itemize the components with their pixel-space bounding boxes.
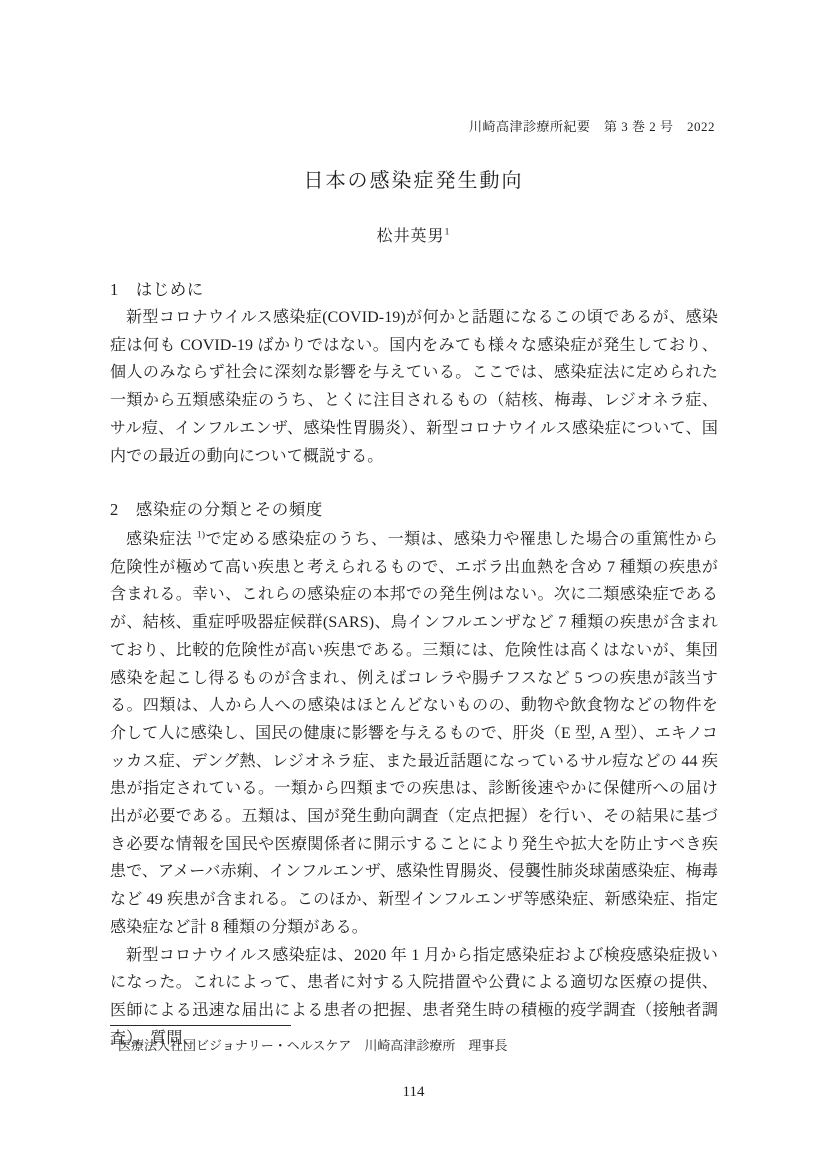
section-heading-1: 1 はじめに: [110, 276, 718, 304]
section-2-body: 感染症法 1)で定める感染症のうち、一類は、感染力や罹患した場合の重篤性から危険…: [110, 526, 718, 1052]
paragraph-text-prefix: 感染症法: [126, 531, 197, 548]
footnote-marker: 1: [110, 1038, 114, 1047]
author-footnote-marker: 1: [445, 227, 451, 238]
footnote-divider: [110, 1025, 291, 1026]
paragraph-text-rest: で定める感染症のうち、一類は、感染力や罹患した場合の重篤性から危険性が極めて高い…: [110, 531, 718, 936]
paper-page: 川崎高津診療所紀要 第 3 巻 2 号 2022 日本の感染症発生動向 松井英男…: [0, 0, 827, 1170]
section-heading-2: 2 感染症の分類とその頻度: [110, 496, 718, 524]
page-number: 114: [0, 1082, 827, 1102]
section-1-body: 新型コロナウイルス感染症(COVID-19)が何かと話題になるこの頃であるが、感…: [110, 304, 718, 470]
footnote: 1医療法人社団ビジョナリー・ヘルスケア 川崎高津診療所 理事長: [110, 1037, 750, 1055]
paragraph: 新型コロナウイルス感染症は、2020 年 1 月から指定感染症および検疫感染症扱…: [110, 942, 718, 1053]
footnote-text: 医療法人社団ビジョナリー・ヘルスケア 川崎高津診療所 理事長: [118, 1038, 507, 1053]
paragraph: 感染症法 1)で定める感染症のうち、一類は、感染力や罹患した場合の重篤性から危険…: [110, 526, 718, 942]
citation-marker: 1): [197, 530, 205, 541]
author-name: 松井英男: [377, 228, 445, 245]
paper-author: 松井英男1: [0, 223, 827, 251]
journal-header: 川崎高津診療所紀要 第 3 巻 2 号 2022: [469, 118, 715, 136]
paragraph: 新型コロナウイルス感染症(COVID-19)が何かと話題になるこの頃であるが、感…: [110, 304, 718, 470]
paper-title: 日本の感染症発生動向: [0, 167, 827, 195]
